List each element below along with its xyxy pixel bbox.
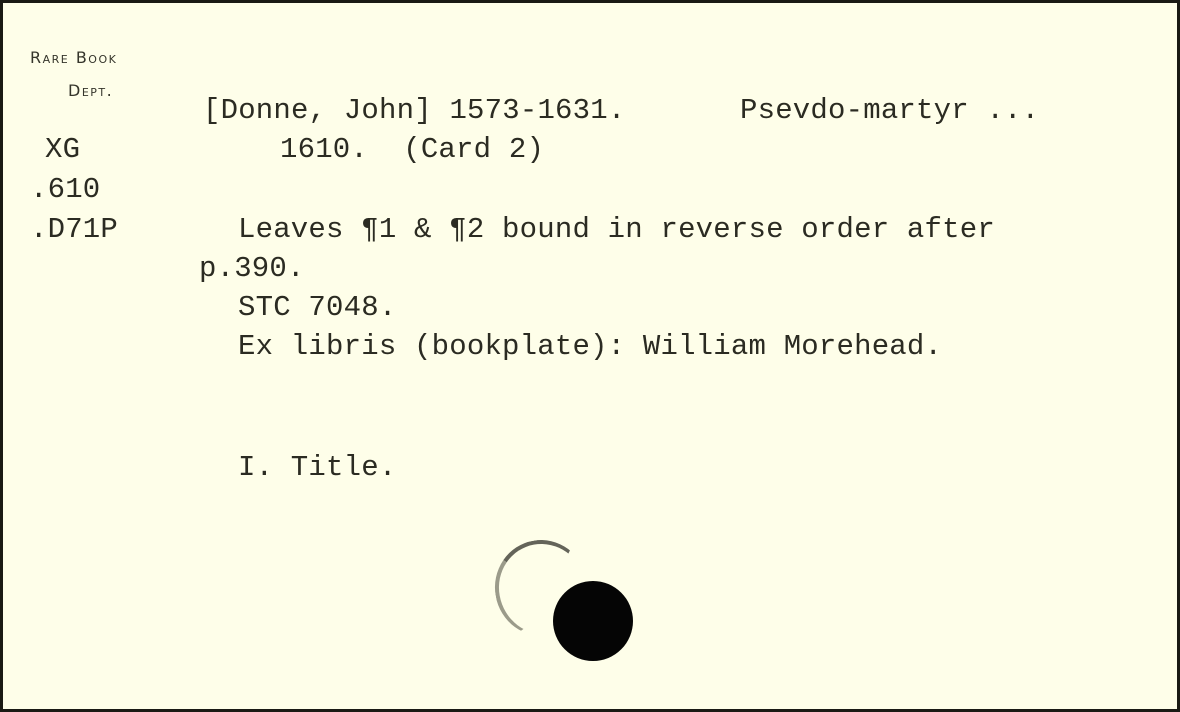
note-leaves-cont: p.390. xyxy=(199,254,305,283)
title: Psevdo-martyr ... xyxy=(740,96,1039,125)
dept-stamp-line2: Dept. xyxy=(68,81,113,100)
call-number-line-1: XG xyxy=(45,135,80,164)
dept-stamp-line1: Rare Book xyxy=(30,48,117,67)
catalog-card: Rare Book Dept. XG .610 .D71P [Donne, Jo… xyxy=(3,3,1177,709)
punch-hole-icon xyxy=(553,581,633,661)
call-number-line-2: .610 xyxy=(30,175,100,204)
imprint: 1610. (Card 2) xyxy=(280,135,544,164)
call-number-line-3: .D71P xyxy=(30,215,118,244)
tracing: I. Title. xyxy=(238,453,396,482)
note-stc: STC 7048. xyxy=(238,293,396,322)
author-heading: [Donne, John] 1573-1631. xyxy=(203,96,625,125)
note-leaves: Leaves ¶1 & ¶2 bound in reverse order af… xyxy=(238,215,995,244)
note-provenance: Ex libris (bookplate): William Morehead. xyxy=(238,332,942,361)
